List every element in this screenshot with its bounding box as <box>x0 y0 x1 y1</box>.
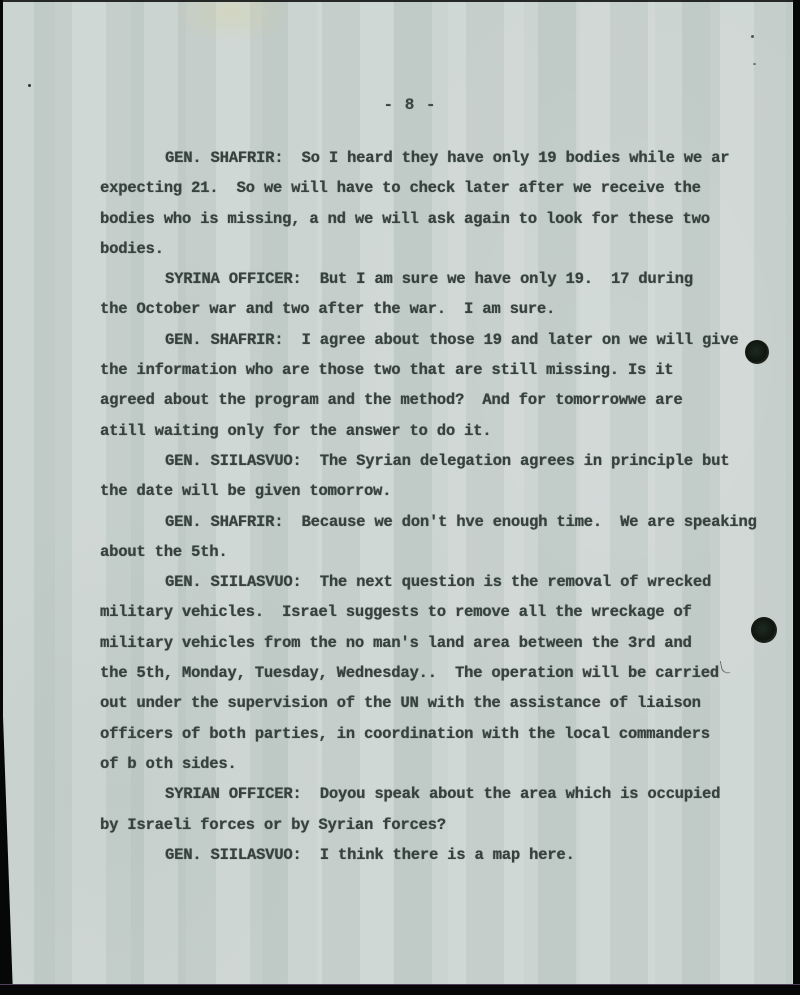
document-line: GEN. SIILASVUO: The next question is the… <box>100 567 780 597</box>
document-line: SYRIAN OFFICER: Doyou speak about the ar… <box>100 779 780 809</box>
scan-speck <box>751 35 754 38</box>
document-line: about the 5th. <box>100 537 780 567</box>
document-line: officers of both parties, in coordinatio… <box>100 719 780 749</box>
scan-speck <box>753 63 756 65</box>
document-line: bodies who is missing, a nd we will ask … <box>100 204 780 234</box>
page-number: - 8 - <box>0 96 800 114</box>
document-body: GEN. SHAFRIR: So I heard they have only … <box>100 143 780 870</box>
document-line: the information who are those two that a… <box>100 355 780 385</box>
document-line: atill waiting only for the answer to do … <box>100 416 780 446</box>
document-line: agreed about the program and the method?… <box>100 385 780 415</box>
scanned-document-page: - 8 - GEN. SHAFRIR: So I heard they have… <box>0 0 800 995</box>
hole-punch-mark <box>751 617 777 643</box>
document-line: GEN. SHAFRIR: I agree about those 19 and… <box>100 325 780 355</box>
hole-punch-mark <box>745 340 769 364</box>
document-line: the date will be given tomorrow. <box>100 476 780 506</box>
document-line: of b oth sides. <box>100 749 780 779</box>
scan-edge-left <box>0 0 14 995</box>
document-line: GEN. SHAFRIR: So I heard they have only … <box>100 143 780 173</box>
scan-edge-bottom <box>0 984 800 995</box>
document-line: GEN. SIILASVUO: The Syrian delegation ag… <box>100 446 780 476</box>
document-line: SYRINA OFFICER: But I am sure we have on… <box>100 264 780 294</box>
document-line: the October war and two after the war. I… <box>100 294 780 324</box>
document-line: military vehicles. Israel suggests to re… <box>100 597 780 627</box>
document-line: military vehicles from the no man's land… <box>100 628 780 658</box>
document-line: by Israeli forces or by Syrian forces? <box>100 810 780 840</box>
document-line: out under the supervision of the UN with… <box>100 688 780 718</box>
document-line: bodies. <box>100 234 780 264</box>
document-line: GEN. SIILASVUO: I think there is a map h… <box>100 840 780 870</box>
scan-edge-right <box>793 0 800 995</box>
document-line: the 5th, Monday, Tuesday, Wednesday.. Th… <box>100 658 780 688</box>
document-line: GEN. SHAFRIR: Because we don't hve enoug… <box>100 507 780 537</box>
scan-edge-top <box>0 0 800 2</box>
scan-speck <box>28 84 31 87</box>
document-line: expecting 21. So we will have to check l… <box>100 173 780 203</box>
